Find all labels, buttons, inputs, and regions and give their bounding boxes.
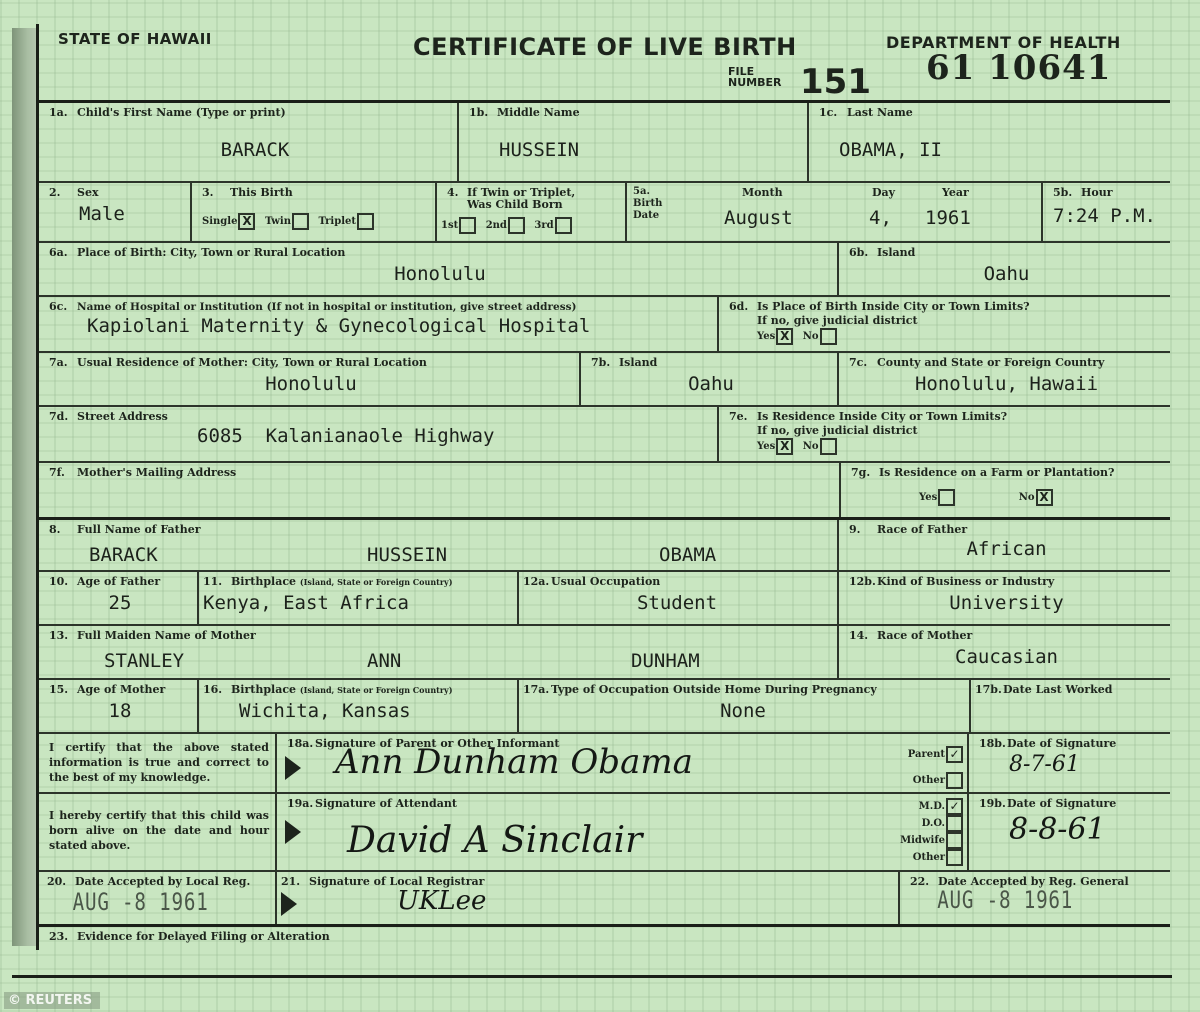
field-number: 19b. <box>979 797 1007 810</box>
field-label-2: If no, give judicial district <box>729 424 918 437</box>
street-address: 6085 Kalanianaole Highway <box>49 425 711 447</box>
field-3: 3.This Birth SingleX Twin Triplet <box>192 183 437 241</box>
field-label: Is Place of Birth Inside City or Town Li… <box>757 300 1030 313</box>
informant-signature: Ann Dunham Obama <box>335 742 693 782</box>
field-number: 17a. <box>523 683 551 696</box>
binding-edge <box>12 28 38 946</box>
file-number: 151 <box>800 62 871 102</box>
no-checkbox[interactable]: X <box>1036 489 1053 506</box>
other-label: Other <box>913 852 945 863</box>
field-17b: 17b.Date Last Worked <box>971 680 1170 732</box>
mother-age: 18 <box>49 700 191 722</box>
field-number: 23. <box>49 930 77 943</box>
yes-label: Yes <box>757 331 775 342</box>
father-last-name: OBAMA <box>659 544 716 566</box>
field-label: Name of Hospital or Institution (If not … <box>77 301 577 313</box>
field-label: Is Residence on a Farm or Plantation? <box>879 466 1114 479</box>
field-7c: 7c.County and State or Foreign Country H… <box>839 353 1170 405</box>
yes-checkbox[interactable] <box>938 489 955 506</box>
twin-checkbox[interactable] <box>292 213 309 230</box>
first-checkbox[interactable] <box>459 217 476 234</box>
sign-here-arrow-icon <box>281 892 297 916</box>
field-number: 2. <box>49 186 77 199</box>
field-1c: 1c.Last Name OBAMA, II <box>809 103 1170 181</box>
midwife-checkbox[interactable] <box>946 832 963 849</box>
father-middle-name: HUSSEIN <box>367 544 447 566</box>
field-2: 2.Sex Male <box>39 183 192 241</box>
father-first-name: BARACK <box>89 544 158 566</box>
field-label: Child's First Name (Type or print) <box>77 106 286 119</box>
md-checkbox[interactable]: ✓ <box>946 798 963 815</box>
field-23: 23.Evidence for Delayed Filing or Altera… <box>39 927 1170 995</box>
child-middle-name: HUSSEIN <box>469 139 801 161</box>
field-label: Signature of Attendant <box>315 797 457 810</box>
field-11: 11.Birthplace (Island, State or Foreign … <box>199 572 519 624</box>
field-6b: 6b.Island Oahu <box>839 243 1170 295</box>
certificate-form: 1a.Child's First Name (Type or print) BA… <box>39 100 1170 995</box>
no-label: No <box>803 331 819 342</box>
field-label: Age of Mother <box>77 683 165 696</box>
field-number: 8. <box>49 523 77 536</box>
hospital-name: Kapiolani Maternity & Gynecological Hosp… <box>49 315 711 337</box>
state-heading: STATE OF HAWAII <box>58 30 212 48</box>
field-label: Street Address <box>77 410 168 423</box>
md-label: M.D. <box>919 801 945 812</box>
field-label: Date of Signature <box>1007 797 1116 810</box>
field-label: Island <box>877 246 915 259</box>
triplet-checkbox[interactable] <box>357 213 374 230</box>
row-child-name: 1a.Child's First Name (Type or print) BA… <box>39 103 1170 183</box>
field-number: 12b. <box>849 575 877 588</box>
field-7d: 7d.Street Address 6085 Kalanianaole High… <box>39 407 719 461</box>
registrar-general-date-stamp: AUG -8 1961 <box>910 886 1073 914</box>
field-label-small: (Island, State or Foreign Country) <box>300 577 453 587</box>
yes-label: Yes <box>757 441 775 452</box>
child-first-name: BARACK <box>49 139 451 161</box>
mother-middle-name: ANN <box>367 650 401 672</box>
field-8: 8.Full Name of Father BARACK HUSSEIN OBA… <box>39 520 839 570</box>
field-number: 7f. <box>49 466 77 479</box>
field-number: 14. <box>849 629 877 642</box>
father-birthplace: Kenya, East Africa <box>203 592 511 614</box>
midwife-label: Midwife <box>900 835 945 846</box>
field-1a: 1a.Child's First Name (Type or print) BA… <box>39 103 459 181</box>
certificate-number: 61 10641 <box>926 48 1111 88</box>
first-label: 1st <box>441 220 458 231</box>
third-checkbox[interactable] <box>555 217 572 234</box>
field-label: Island <box>619 356 657 369</box>
certificate-title: CERTIFICATE OF LIVE BIRTH <box>413 33 797 61</box>
field-13: 13.Full Maiden Name of Mother STANLEY AN… <box>39 626 839 678</box>
field-14: 14.Race of Mother Caucasian <box>839 626 1170 678</box>
field-number: 13. <box>49 629 77 642</box>
field-number: 6b. <box>849 246 877 259</box>
field-4: 4.If Twin or Triplet,Was Child Born 1st … <box>437 183 627 241</box>
field-number: 6a. <box>49 246 77 259</box>
field-label-2: Was Child Born <box>447 198 563 211</box>
field-number: 7c. <box>849 356 877 369</box>
field-label: Is Residence Inside City or Town Limits? <box>757 410 1007 423</box>
row-mother-residence: 7a.Usual Residence of Mother: City, Town… <box>39 353 1170 407</box>
field-number: 5b. <box>1053 186 1081 199</box>
second-label: 2nd <box>486 220 507 231</box>
row-father-name: 8.Full Name of Father BARACK HUSSEIN OBA… <box>39 520 1170 572</box>
father-occupation: Student <box>523 592 831 614</box>
third-label: 3rd <box>534 220 553 231</box>
father-race: African <box>849 538 1164 560</box>
field-7g: 7g.Is Residence on a Farm or Plantation?… <box>839 463 1170 517</box>
field-label: This Birth <box>230 186 293 199</box>
sign-here-arrow-icon <box>285 820 301 844</box>
field-16: 16.Birthplace (Island, State or Foreign … <box>199 680 519 732</box>
field-number: 17b. <box>975 683 1003 696</box>
field-number: 10. <box>49 575 77 588</box>
field-number: 1c. <box>819 106 847 119</box>
field-label: Birthplace <box>231 575 296 588</box>
second-checkbox[interactable] <box>508 217 525 234</box>
row-attendant-signature: I hereby certify that this child was bor… <box>39 794 1170 872</box>
field-6a: 6a.Place of Birth: City, Town or Rural L… <box>39 243 839 295</box>
mother-county-state: Honolulu, Hawaii <box>849 373 1164 395</box>
single-label: Single <box>202 216 237 227</box>
field-number: 18a. <box>287 737 315 750</box>
field-label-2: If no, give judicial district <box>729 314 918 327</box>
field-18a: 18a.Signature of Parent or Other Informa… <box>277 734 969 792</box>
field-label: Usual Occupation <box>551 575 660 588</box>
other-label: Other <box>913 775 945 786</box>
field-7f: 7f.Mother's Mailing Address <box>39 463 839 517</box>
field-17a: 17a.Type of Occupation Outside Home Duri… <box>519 680 971 732</box>
field-number: 21. <box>281 875 309 888</box>
field-label: Last Name <box>847 106 913 119</box>
field-19b: 19b.Date of Signature 8-8-61 <box>969 794 1170 870</box>
parent-label: Parent <box>908 749 945 760</box>
field-number: 6c. <box>49 300 77 313</box>
field-7a: 7a.Usual Residence of Mother: City, Town… <box>39 353 581 405</box>
row-father-details: 10.Age of Father 25 11.Birthplace (Islan… <box>39 572 1170 626</box>
field-label: Usual Residence of Mother: City, Town or… <box>77 356 427 369</box>
field-20: 20.Date Accepted by Local Reg. AUG -8 19… <box>39 872 277 924</box>
field-number: 18b. <box>979 737 1007 750</box>
field-label: Date Accepted by Local Reg. <box>75 875 250 888</box>
row-informant-signature: I certify that the above stated informat… <box>39 734 1170 794</box>
field-5a: 5a.BirthDate Month Day Year August 4, 19… <box>627 183 1043 241</box>
field-6c: 6c.Name of Hospital or Institution (If n… <box>39 297 719 351</box>
field-label: Age of Father <box>77 575 160 588</box>
field-label: Evidence for Delayed Filing or Alteratio… <box>77 930 330 943</box>
mother-birthplace: Wichita, Kansas <box>203 700 511 722</box>
attendant-signature-date: 8-8-61 <box>979 812 1164 847</box>
birth-month: August <box>724 207 793 229</box>
mother-last-name: DUNHAM <box>631 650 700 672</box>
twin-label: Twin <box>265 216 291 227</box>
field-number: 7a. <box>49 356 77 369</box>
attendant-certification: I hereby certify that this child was bor… <box>39 794 277 870</box>
field-number: 9. <box>849 523 877 536</box>
field-number: 7e. <box>729 410 757 423</box>
field-number: 7g. <box>851 466 879 479</box>
local-registrar-signature: UKLee <box>397 886 486 916</box>
field-label: Sex <box>77 186 99 199</box>
reuters-watermark: © REUTERS <box>4 992 100 1009</box>
field-21: 21.Signature of Local Registrar UKLee <box>277 872 900 924</box>
day-label: Day <box>872 186 895 199</box>
field-number: 7b. <box>591 356 619 369</box>
field-7b: 7b.Island Oahu <box>581 353 839 405</box>
field-number: 19a. <box>287 797 315 810</box>
row-evidence: 23.Evidence for Delayed Filing or Altera… <box>39 927 1170 995</box>
field-22: 22.Date Accepted by Reg. General AUG -8 … <box>900 872 1170 924</box>
other-checkbox[interactable] <box>946 849 963 866</box>
mother-occupation: None <box>523 700 963 722</box>
mother-first-name: STANLEY <box>104 650 184 672</box>
row-street-address: 7d.Street Address 6085 Kalanianaole High… <box>39 407 1170 463</box>
informant-certification: I certify that the above stated informat… <box>39 734 277 792</box>
sign-here-arrow-icon <box>285 756 301 780</box>
field-number: 3. <box>202 186 230 199</box>
field-5b: 5b.Hour 7:24 P.M. <box>1043 183 1170 241</box>
field-10: 10.Age of Father 25 <box>39 572 199 624</box>
yes-label: Yes <box>919 492 937 503</box>
triplet-label: Triplet <box>318 216 356 227</box>
number-label: NUMBER <box>728 76 781 89</box>
child-last-name: OBAMA, II <box>819 139 1164 161</box>
field-label: Race of Mother <box>877 629 972 642</box>
no-checkbox[interactable] <box>820 438 837 455</box>
field-label: Hour <box>1081 186 1113 199</box>
field-6d: 6d.Is Place of Birth Inside City or Town… <box>719 297 1170 351</box>
form-bottom-border <box>12 975 1172 978</box>
yes-checkbox[interactable]: X <box>776 438 793 455</box>
father-business: University <box>849 592 1164 614</box>
other-checkbox[interactable] <box>946 772 963 789</box>
no-label: No <box>1019 492 1035 503</box>
birth-hour: 7:24 P.M. <box>1053 205 1164 227</box>
file-number-label: FILENUMBER <box>728 66 781 88</box>
field-number: 20. <box>47 875 75 888</box>
birth-day: 4, <box>869 207 892 229</box>
field-label: Race of Father <box>877 523 967 536</box>
field-number: 5a. <box>633 186 650 197</box>
sex-value: Male <box>49 203 184 225</box>
row-registrar: 20.Date Accepted by Local Reg. AUG -8 19… <box>39 872 1170 927</box>
field-number: 12a. <box>523 575 551 588</box>
yes-checkbox[interactable]: X <box>776 328 793 345</box>
field-number: 1b. <box>469 106 497 119</box>
informant-signature-date: 8-7-61 <box>979 752 1164 777</box>
do-label: D.O. <box>922 818 945 829</box>
field-label: Kind of Business or Industry <box>877 575 1054 588</box>
row-birth-details: 2.Sex Male 3.This Birth SingleX Twin Tri… <box>39 183 1170 243</box>
no-checkbox[interactable] <box>820 328 837 345</box>
birth-island: Oahu <box>849 263 1164 285</box>
field-7e: 7e.Is Residence Inside City or Town Limi… <box>719 407 1170 461</box>
local-registrar-date-stamp: AUG -8 1961 <box>47 888 209 916</box>
field-number: 1a. <box>49 106 77 119</box>
row-place-of-birth: 6a.Place of Birth: City, Town or Rural L… <box>39 243 1170 297</box>
field-18b: 18b.Date of Signature 8-7-61 <box>969 734 1170 792</box>
field-label: County and State or Foreign Country <box>877 356 1104 369</box>
attendant-signature: David A Sinclair <box>347 820 642 861</box>
row-mailing-address: 7f.Mother's Mailing Address 7g.Is Reside… <box>39 463 1170 520</box>
field-15: 15.Age of Mother 18 <box>39 680 199 732</box>
field-19a: 19a.Signature of Attendant David A Sincl… <box>277 794 969 870</box>
field-number: 16. <box>203 683 231 696</box>
field-label-2: Date <box>633 210 659 221</box>
field-label: Birth <box>633 198 662 209</box>
mother-city: Honolulu <box>49 373 573 395</box>
field-label: Birthplace <box>231 683 296 696</box>
field-number: 11. <box>203 575 231 588</box>
field-12b: 12b.Kind of Business or Industry Univers… <box>839 572 1170 624</box>
single-checkbox[interactable]: X <box>238 213 255 230</box>
year-label: Year <box>942 186 969 199</box>
field-label: Type of Occupation Outside Home During P… <box>551 683 877 696</box>
field-12a: 12a.Usual Occupation Student <box>519 572 839 624</box>
do-checkbox[interactable] <box>946 815 963 832</box>
field-label: Full Maiden Name of Mother <box>77 629 256 642</box>
birth-city: Honolulu <box>49 263 831 285</box>
field-1b: 1b.Middle Name HUSSEIN <box>459 103 809 181</box>
birth-year: 1961 <box>925 207 971 229</box>
field-label: Mother's Mailing Address <box>77 466 236 479</box>
mother-island: Oahu <box>591 373 831 395</box>
month-label: Month <box>742 186 783 199</box>
parent-checkbox[interactable]: ✓ <box>946 746 963 763</box>
field-label: Middle Name <box>497 106 580 119</box>
mother-race: Caucasian <box>849 646 1164 668</box>
row-mother-name: 13.Full Maiden Name of Mother STANLEY AN… <box>39 626 1170 680</box>
field-label: Full Name of Father <box>77 523 201 536</box>
field-number: 7d. <box>49 410 77 423</box>
field-label-small: (Island, State or Foreign Country) <box>300 685 453 695</box>
field-number: 6d. <box>729 300 757 313</box>
father-age: 25 <box>49 592 191 614</box>
field-label: Date of Signature <box>1007 737 1116 750</box>
row-hospital: 6c.Name of Hospital or Institution (If n… <box>39 297 1170 353</box>
field-9: 9.Race of Father African <box>839 520 1170 570</box>
no-label: No <box>803 441 819 452</box>
row-mother-details: 15.Age of Mother 18 16.Birthplace (Islan… <box>39 680 1170 734</box>
field-label: Date Last Worked <box>1003 683 1112 696</box>
field-number: 15. <box>49 683 77 696</box>
field-label: Place of Birth: City, Town or Rural Loca… <box>77 246 345 259</box>
